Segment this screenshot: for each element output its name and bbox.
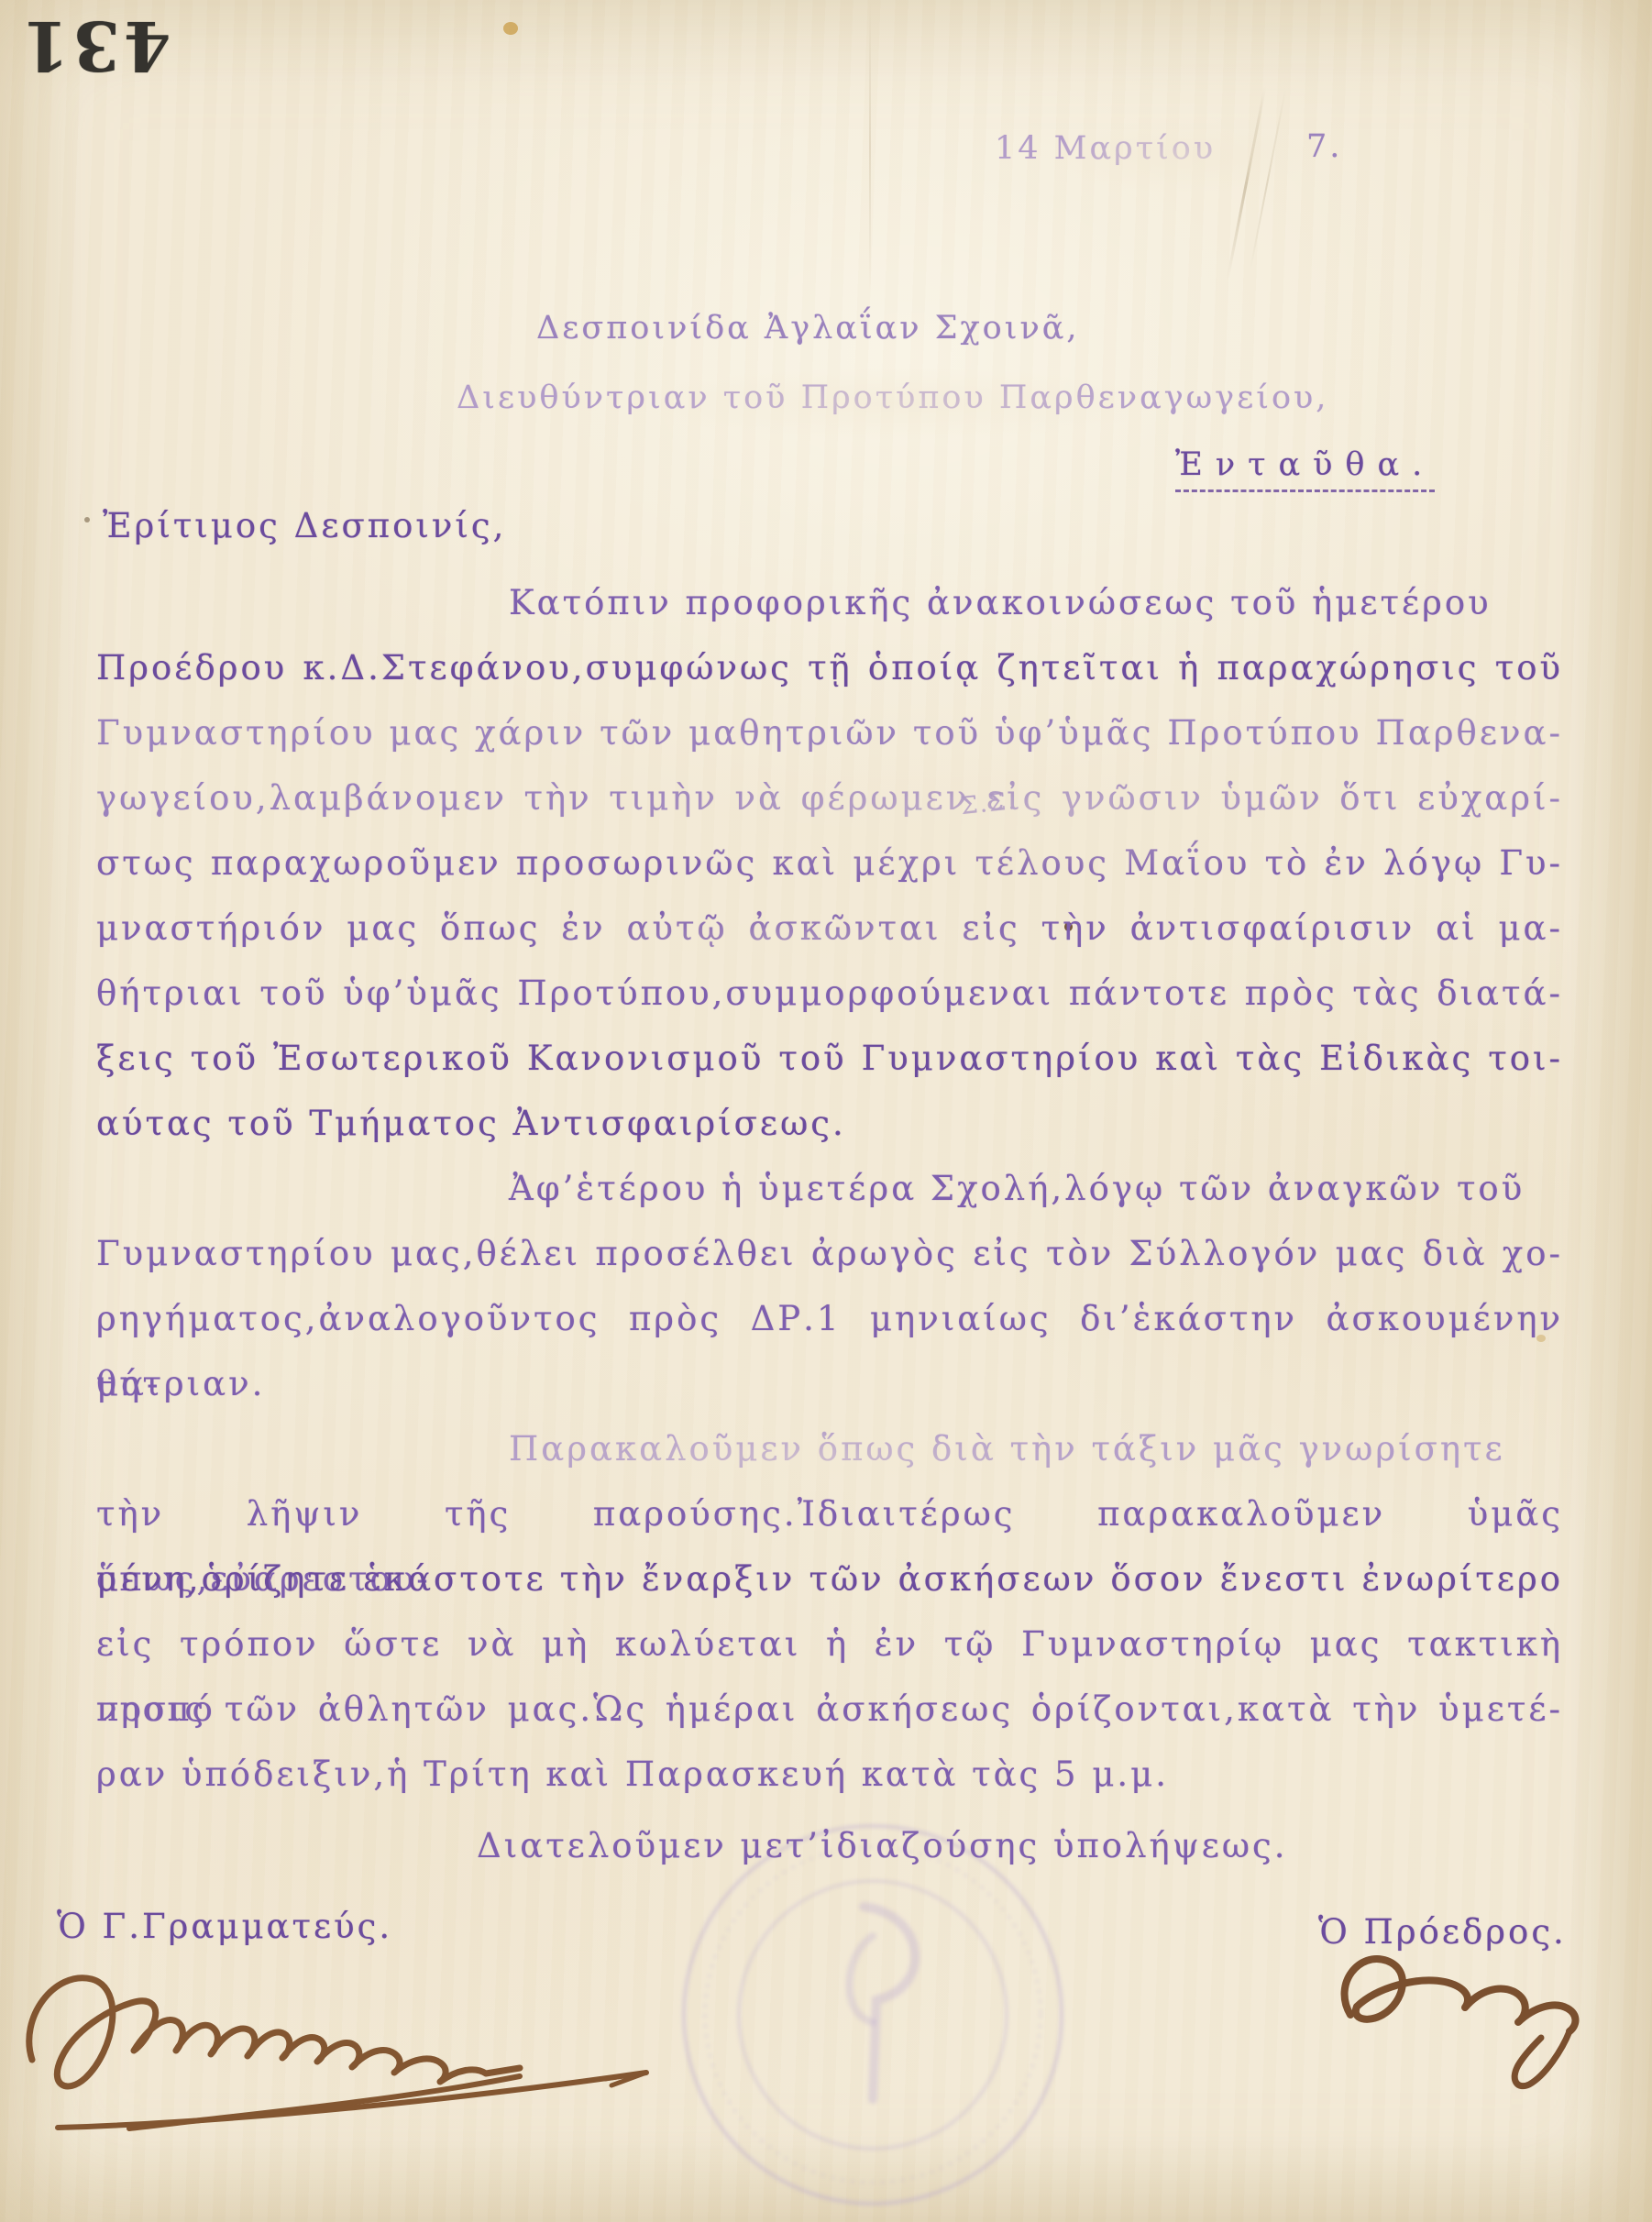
recipient-name-line: Δεσποινίδα Ἀγλαΐαν Σχοινᾶ, bbox=[536, 310, 1080, 346]
body-line: εἰς τρόπον ὥστε νὰ μὴ κωλύεται ἡ ἐν τῷ Γ… bbox=[96, 1611, 1563, 1677]
president-signature bbox=[1309, 1930, 1639, 2105]
body-line: θήτριαν. bbox=[96, 1351, 1563, 1416]
letter-body: Κατόπιν προφορικῆς ἀνακοινώσεως τοῦ ἡμετ… bbox=[96, 570, 1563, 1807]
stain-speck bbox=[503, 22, 518, 35]
archive-page-number: 431 bbox=[18, 5, 171, 84]
body-line: ξεις τοῦ Ἐσωτερικοῦ Κανονισμοῦ τοῦ Γυμνα… bbox=[96, 1026, 1563, 1091]
body-line: στως παραχωροῦμεν προσωρινῶς καὶ μέχρι τ… bbox=[96, 830, 1563, 896]
recipient-title-line: Διευθύντριαν τοῦ Προτύπου Παρθεναγωγείου… bbox=[457, 379, 1328, 416]
body-line: μένη,ὁρίζητε ἑκάστοτε τὴν ἔναρξιν τῶν ἀσ… bbox=[96, 1546, 1563, 1611]
salutation-line: Ἐρίτιμος Δεσποινίς, bbox=[103, 506, 506, 545]
paper-crease bbox=[1227, 86, 1267, 280]
closing-formula: Διατελοῦμεν μετ’ἰδιαζούσης ὑπολήψεως. bbox=[477, 1826, 1288, 1865]
body-line: νησις τῶν ἀθλητῶν μας.Ὡς ἡμέραι ἀσκήσεως… bbox=[96, 1677, 1563, 1742]
stain-speck bbox=[84, 517, 90, 522]
body-line: Προέδρου κ.Δ.Στεφάνου,συμφώνως τῇ ὁποίᾳ … bbox=[96, 635, 1563, 700]
body-line: γωγείου,λαμβάνομεν τὴν τιμὴν νὰ φέρωμεν … bbox=[96, 765, 1563, 830]
body-line: Ἀφ’ἑτέρου ἡ ὑμετέρα Σχολή,λόγῳ τῶν ἀναγκ… bbox=[96, 1156, 1563, 1221]
body-line: ρηγήματος,ἀναλογοῦντος πρὸς ΔΡ.1 μηνιαίω… bbox=[96, 1286, 1563, 1351]
paper-crease bbox=[869, 0, 871, 293]
secretary-signature bbox=[5, 1939, 683, 2131]
letter-scan-page: 431 14 Μαρτίου 7. Δεσποινίδα Ἀγλαΐαν Σχο… bbox=[0, 0, 1652, 2222]
paper-crease bbox=[1250, 90, 1286, 270]
body-line: Γυμναστηρίου μας χάριν τῶν μαθητριῶν τοῦ… bbox=[96, 700, 1563, 765]
body-line: θήτριαι τοῦ ὑφ’ὑμᾶς Προτύπου,συμμορφούμε… bbox=[96, 961, 1563, 1026]
body-line: αύτας τοῦ Τμήματος Ἀντισφαιρίσεως. bbox=[96, 1091, 1563, 1156]
body-line: Γυμναστηρίου μας,θέλει προσέλθει ἀρωγὸς … bbox=[96, 1221, 1563, 1286]
body-line: Κατόπιν προφορικῆς ἀνακοινώσεως τοῦ ἡμετ… bbox=[96, 570, 1563, 635]
date-year-digit: 7. bbox=[1306, 128, 1342, 165]
recipient-place-line: Ἐνταῦθα. bbox=[1175, 446, 1435, 492]
body-line: μναστήριόν μας ὅπως ἐν αὐτῷ ἀσκῶνται εἰς… bbox=[96, 896, 1563, 961]
body-line: τὴν λῆψιν τῆς παρούσης.Ἰδιαιτέρως παρακα… bbox=[96, 1481, 1563, 1546]
body-line: Παρακαλοῦμεν ὅπως διὰ τὴν τάξιν μᾶς γνωρ… bbox=[96, 1416, 1563, 1481]
body-line: ραν ὑπόδειξιν,ἡ Τρίτη καὶ Παρασκευή κατὰ… bbox=[96, 1742, 1563, 1807]
date-day-month: 14 Μαρτίου bbox=[995, 130, 1216, 167]
